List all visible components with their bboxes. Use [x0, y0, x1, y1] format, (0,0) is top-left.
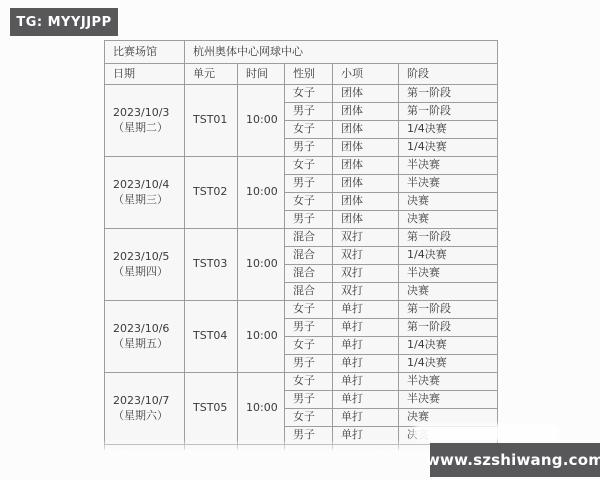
date-cell: 2023/10/6（星期五）	[105, 301, 185, 373]
event-cell: 单打	[333, 391, 399, 409]
column-header: 单元	[185, 64, 238, 85]
date-cell: 2023/10/5（星期四）	[105, 229, 185, 301]
venue-label: 比赛场馆	[105, 41, 185, 64]
event-cell: 单打	[333, 355, 399, 373]
time-cell: 10:00	[238, 157, 285, 229]
schedule-row: 2023/10/5（星期四）TST0310:00混合双打第一阶段	[105, 229, 498, 247]
schedule-row: 2023/10/6（星期五）TST0410:00女子单打第一阶段	[105, 301, 498, 319]
event-cell: 单打	[333, 409, 399, 427]
gender-cell: 男子	[285, 319, 333, 337]
stage-cell: 决赛	[399, 193, 498, 211]
gender-cell: 女子	[285, 121, 333, 139]
stage-cell: 第一阶段	[399, 229, 498, 247]
stage-cell: 1/4决赛	[399, 337, 498, 355]
gender-cell: 混合	[285, 265, 333, 283]
gender-cell: 女子	[285, 85, 333, 103]
event-cell: 团体	[333, 85, 399, 103]
stage-cell: 半决赛	[399, 373, 498, 391]
date-cell: 2023/10/3（星期二）	[105, 85, 185, 157]
gender-cell: 混合	[285, 229, 333, 247]
watermark-telegram-badge: TG: MYYJJPP	[10, 8, 118, 36]
unit-cell: TST05	[185, 373, 238, 445]
event-cell: 双打	[333, 229, 399, 247]
stage-cell: 决赛	[399, 283, 498, 301]
event-cell: 双打	[333, 247, 399, 265]
gender-cell: 男子	[285, 355, 333, 373]
event-cell: 团体	[333, 211, 399, 229]
event-cell: 单打	[333, 337, 399, 355]
stage-cell: 第一阶段	[399, 103, 498, 121]
gender-cell: 混合	[285, 283, 333, 301]
stage-cell: 第一阶段	[399, 85, 498, 103]
page: TG: MYYJJPP 比赛场馆杭州奥体中心网球中心日期单元时间性别小项阶段20…	[0, 0, 600, 480]
event-cell: 双打	[333, 265, 399, 283]
column-header: 时间	[238, 64, 285, 85]
column-header: 性别	[285, 64, 333, 85]
stage-cell: 第一阶段	[399, 301, 498, 319]
stage-cell: 决赛	[399, 211, 498, 229]
gender-cell: 女子	[285, 157, 333, 175]
schedule-table-wrap: 比赛场馆杭州奥体中心网球中心日期单元时间性别小项阶段2023/10/3（星期二）…	[104, 40, 499, 450]
column-header: 阶段	[399, 64, 498, 85]
schedule-table: 比赛场馆杭州奥体中心网球中心日期单元时间性别小项阶段2023/10/3（星期二）…	[104, 40, 498, 450]
date-cell: 2023/10/4（星期三）	[105, 157, 185, 229]
column-header: 小项	[333, 64, 399, 85]
stage-cell: 1/4决赛	[399, 121, 498, 139]
time-cell: 10:00	[238, 229, 285, 301]
gender-cell: 混合	[285, 247, 333, 265]
unit-cell: TST02	[185, 157, 238, 229]
event-cell: 单打	[333, 301, 399, 319]
stage-cell: 1/4决赛	[399, 355, 498, 373]
stage-cell: 1/4决赛	[399, 247, 498, 265]
gender-cell: 女子	[285, 337, 333, 355]
gender-cell: 女子	[285, 409, 333, 427]
time-cell: 10:00	[238, 85, 285, 157]
stage-cell: 半决赛	[399, 265, 498, 283]
gender-cell: 男子	[285, 391, 333, 409]
event-cell: 单打	[333, 319, 399, 337]
event-cell: 团体	[333, 157, 399, 175]
gender-cell: 男子	[285, 175, 333, 193]
schedule-row: 2023/10/3（星期二）TST0110:00女子团体第一阶段	[105, 85, 498, 103]
schedule-row: 2023/10/7（星期六）TST0510:00女子单打半决赛	[105, 373, 498, 391]
stage-cell: 半决赛	[399, 157, 498, 175]
event-cell: 团体	[333, 139, 399, 157]
time-cell: 10:00	[238, 373, 285, 445]
schedule-row: 2023/10/4（星期三）TST0210:00女子团体半决赛	[105, 157, 498, 175]
unit-cell: TST01	[185, 85, 238, 157]
event-cell: 团体	[333, 121, 399, 139]
gender-cell: 女子	[285, 193, 333, 211]
unit-cell: TST04	[185, 301, 238, 373]
stage-cell: 第一阶段	[399, 319, 498, 337]
time-cell: 10:00	[238, 301, 285, 373]
column-header-row: 日期单元时间性别小项阶段	[105, 64, 498, 85]
gender-cell: 男子	[285, 139, 333, 157]
gender-cell: 男子	[285, 103, 333, 121]
event-cell: 单打	[333, 373, 399, 391]
date-cell: 2023/10/7（星期六）	[105, 373, 185, 445]
event-cell: 团体	[333, 103, 399, 121]
event-cell: 团体	[333, 193, 399, 211]
venue-value: 杭州奥体中心网球中心	[185, 41, 498, 64]
gender-cell: 男子	[285, 211, 333, 229]
venue-row: 比赛场馆杭州奥体中心网球中心	[105, 41, 498, 64]
gender-cell: 女子	[285, 301, 333, 319]
watermark-website-badge: www.szshiwang.com	[430, 443, 600, 477]
stage-cell: 1/4决赛	[399, 139, 498, 157]
stage-cell: 半决赛	[399, 175, 498, 193]
event-cell: 团体	[333, 175, 399, 193]
unit-cell: TST03	[185, 229, 238, 301]
gender-cell: 女子	[285, 373, 333, 391]
column-header: 日期	[105, 64, 185, 85]
stage-cell: 半决赛	[399, 391, 498, 409]
event-cell: 双打	[333, 283, 399, 301]
